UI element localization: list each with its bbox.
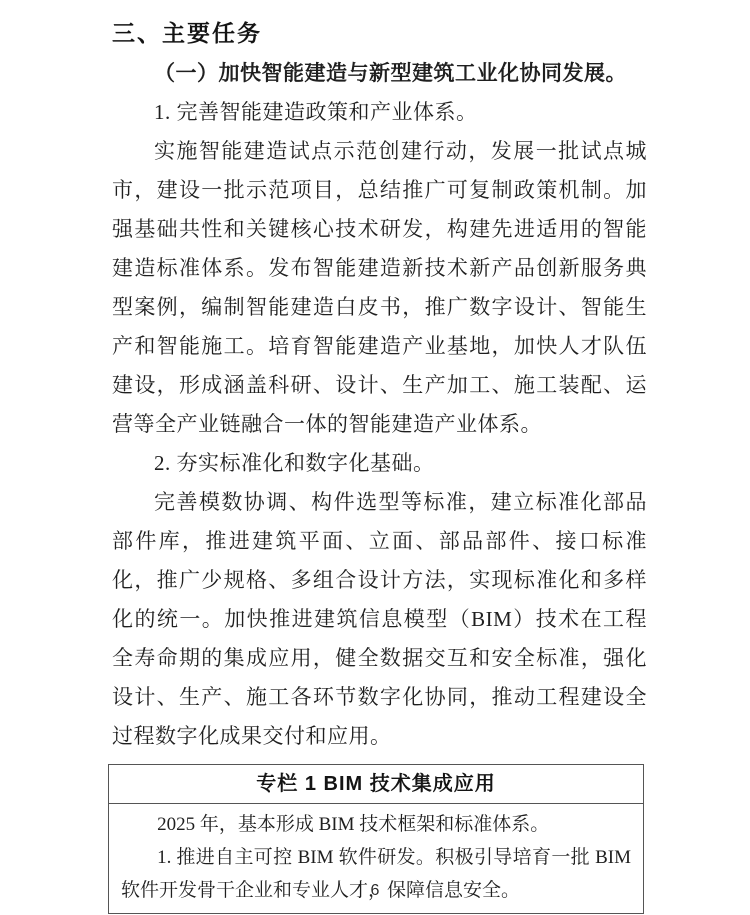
document-content: 三、主要任务 （一）加快智能建造与新型建筑工业化协同发展。 1. 完善智能建造政… bbox=[0, 0, 750, 914]
bim-panel-title: 专栏 1 BIM 技术集成应用 bbox=[109, 765, 643, 804]
subsection-heading: （一）加快智能建造与新型建筑工业化协同发展。 bbox=[112, 54, 647, 93]
task-2-heading: 2. 夯实标准化和数字化基础。 bbox=[112, 444, 647, 483]
document-page: 三、主要任务 （一）加快智能建造与新型建筑工业化协同发展。 1. 完善智能建造政… bbox=[0, 0, 750, 915]
task-2-paragraph: 完善模数协调、构件选型等标准，建立标准化部品部件库，推进建筑平面、立面、部品部件… bbox=[112, 483, 647, 756]
bim-panel-paragraph: 2025 年，基本形成 BIM 技术框架和标准体系。 bbox=[121, 808, 631, 841]
task-1-heading: 1. 完善智能建造政策和产业体系。 bbox=[112, 93, 647, 132]
page-number: 6 bbox=[0, 882, 750, 900]
task-1-paragraph: 实施智能建造试点示范创建行动，发展一批试点城市，建设一批示范项目，总结推广可复制… bbox=[112, 132, 647, 444]
section-heading: 三、主要任务 bbox=[112, 12, 647, 54]
